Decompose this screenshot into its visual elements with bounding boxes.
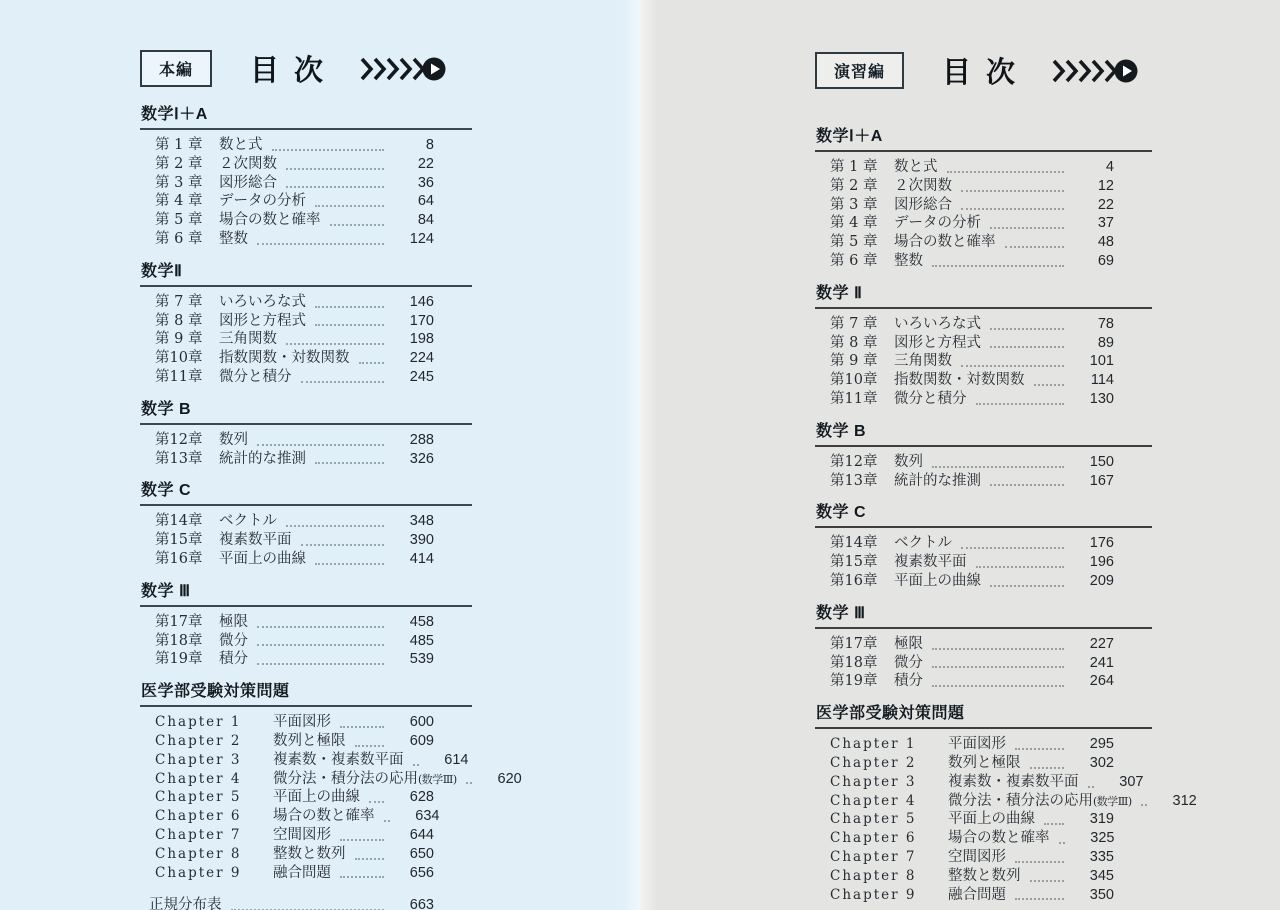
dot-leader (961, 177, 1064, 192)
chapter-label: 第17章 (155, 613, 219, 632)
toc-row: 第 7 章いろいろな式146 (140, 293, 472, 312)
dot-leader (947, 158, 1065, 173)
page-number: 614 (425, 751, 469, 770)
dot-leader (301, 531, 385, 546)
chapter-label: 第 2 章 (830, 177, 894, 196)
chapter-label: 第 1 章 (830, 158, 894, 177)
page-number: 146 (390, 293, 434, 312)
chapter-title: 統計的な推測 (894, 472, 990, 491)
chapter-title: 場合の数と確率 (948, 829, 1059, 848)
toc-row: Chapter 6場合の数と確率325 (815, 829, 1152, 848)
dot-leader (231, 896, 385, 910)
page-number: 390 (390, 531, 434, 550)
chapter-title: 場合の数と確率 (894, 233, 1005, 252)
chapter-title: 複素数平面 (219, 531, 301, 550)
chapter-title: 融合問題 (948, 886, 1015, 905)
dot-leader (315, 293, 384, 308)
dot-leader (961, 534, 1064, 549)
dot-leader (286, 155, 384, 170)
chapter-label: 第19章 (155, 650, 219, 669)
page-number: 224 (390, 349, 434, 368)
chapter-label: 第 7 章 (830, 315, 894, 334)
chapter-label: 第10章 (830, 371, 894, 390)
dot-leader (315, 192, 384, 207)
page-title: 目次 (942, 50, 1030, 91)
page-number: 36 (390, 174, 434, 193)
chapter-label: 第 7 章 (155, 293, 219, 312)
page-number: 288 (390, 431, 434, 450)
chapter-title: 空間図形 (273, 826, 340, 845)
chapter-title: 微分と積分 (219, 368, 301, 387)
chapter-label: Chapter 7 (155, 826, 273, 845)
chapter-title: 微分と積分 (894, 390, 976, 409)
page-number: 628 (390, 788, 434, 807)
chapter-title: 複素数・複素数平面 (948, 773, 1088, 792)
chapter-label: 第 4 章 (155, 192, 219, 211)
left-page-main-edition: 本編 目次 数学Ⅰ＋A第 1 章数と式8第 2 章２次関数22第 3 章図形総合… (0, 0, 640, 910)
dot-leader (1088, 773, 1094, 788)
page-number: 650 (390, 845, 434, 864)
page-number: 312 (1153, 792, 1197, 811)
toc-row: 第 6 章整数69 (815, 252, 1152, 271)
toc-section: 数学Ⅰ＋A第 1 章数と式8第 2 章２次関数22第 3 章図形総合36第 4 … (140, 101, 472, 249)
right-page-content: 演習編 目次 数学Ⅰ＋A第 1 章数と式4第 2 章２次関数12第 3 章図形総… (815, 50, 1152, 910)
toc-row: 第15章複素数平面196 (815, 553, 1152, 572)
toc-row: 第 8 章図形と方程式89 (815, 334, 1152, 353)
dot-leader (961, 196, 1064, 211)
chapter-title: 極限 (894, 635, 932, 654)
page-number: 319 (1070, 810, 1114, 829)
chapter-title: 数列と極限 (948, 754, 1030, 773)
chapter-label: Chapter 5 (155, 788, 273, 807)
toc-row: Chapter 9融合問題350 (815, 886, 1152, 905)
dot-leader (355, 845, 385, 860)
chapter-title: 数列と極限 (273, 732, 355, 751)
chapter-label: 第18章 (830, 654, 894, 673)
chapter-label: Chapter 1 (155, 713, 273, 732)
page-number: 22 (1070, 196, 1114, 215)
chapter-label: 第11章 (830, 390, 894, 409)
toc-section: 数学 Ⅲ第17章極限458第18章微分485第19章積分539 (140, 578, 472, 669)
chapter-title: 図形総合 (219, 174, 286, 193)
chapter-label: 第18章 (155, 632, 219, 651)
toc-row: 第 9 章三角関数198 (140, 330, 472, 349)
page-number: 302 (1070, 754, 1114, 773)
page-number: 663 (390, 896, 434, 910)
chapter-title: 指数関数・対数関数 (219, 349, 359, 368)
page-number: 114 (1070, 371, 1114, 390)
page-number: 150 (1070, 453, 1114, 472)
dot-leader (976, 390, 1065, 405)
page-number: 539 (390, 650, 434, 669)
chapter-label: Chapter 3 (155, 751, 273, 770)
toc-row: Chapter 3複素数・複素数平面614 (140, 751, 472, 770)
section-heading: 数学 C (140, 477, 472, 506)
toc-row: 第13章統計的な推測167 (815, 472, 1152, 491)
book-spread: { "icons": { "header_arrow": "fast-forwa… (0, 0, 1280, 910)
page-number: 345 (1070, 867, 1114, 886)
chapter-title: 複素数平面 (894, 553, 976, 572)
toc-row: Chapter 7空間図形335 (815, 848, 1152, 867)
toc-row: 第12章数列150 (815, 453, 1152, 472)
chapter-label: 第 8 章 (830, 334, 894, 353)
right-page-exercise-edition: 演習編 目次 数学Ⅰ＋A第 1 章数と式4第 2 章２次関数12第 3 章図形総… (640, 0, 1280, 910)
chapter-title: 平面図形 (273, 713, 340, 732)
toc-row: 第 1 章数と式4 (815, 158, 1152, 177)
chapter-label: 第14章 (830, 534, 894, 553)
chapter-title: 正規分布表 (149, 896, 231, 910)
dot-leader (272, 136, 385, 151)
page-number: 485 (390, 632, 434, 651)
chapter-title: 積分 (894, 672, 932, 691)
toc-row: 第16章平面上の曲線209 (815, 572, 1152, 591)
toc-row: Chapter 7空間図形644 (140, 826, 472, 845)
chapter-label: 第13章 (830, 472, 894, 491)
chapter-title: 平面図形 (948, 735, 1015, 754)
dot-leader (340, 826, 384, 841)
toc-row: 第12章数列288 (140, 431, 472, 450)
toc-row: 第 4 章データの分析64 (140, 192, 472, 211)
dot-leader (315, 450, 384, 465)
toc-row: 第 9 章三角関数101 (815, 352, 1152, 371)
toc-row: 第17章極限227 (815, 635, 1152, 654)
chapter-label: Chapter 4 (830, 792, 948, 811)
edition-badge: 演習編 (815, 52, 904, 89)
page-number: 307 (1100, 773, 1144, 792)
toc-row: 第19章積分539 (140, 650, 472, 669)
page-number: 196 (1070, 553, 1114, 572)
toc-row: Chapter 8整数と数列650 (140, 845, 472, 864)
chapter-label: 第12章 (155, 431, 219, 450)
chapter-label: Chapter 3 (830, 773, 948, 792)
page-number: 78 (1070, 315, 1114, 334)
section-heading: 数学Ⅰ＋A (140, 101, 472, 130)
toc-row: Chapter 5平面上の曲線628 (140, 788, 472, 807)
page-number: 130 (1070, 390, 1114, 409)
page-number: 69 (1070, 252, 1114, 271)
chapter-title: 微分 (894, 654, 932, 673)
chapter-label: 第13章 (155, 450, 219, 469)
page-number: 634 (396, 807, 440, 826)
toc-row: Chapter 2数列と極限302 (815, 754, 1152, 773)
dot-leader (932, 453, 1064, 468)
page-number: 64 (390, 192, 434, 211)
chapter-label: 第11章 (155, 368, 219, 387)
page-number: 198 (390, 330, 434, 349)
chapter-label: 第14章 (155, 512, 219, 531)
sections: 数学Ⅰ＋A第 1 章数と式8第 2 章２次関数22第 3 章図形総合36第 4 … (140, 101, 472, 910)
chapter-title: 整数と数列 (948, 867, 1030, 886)
section-heading: 数学Ⅱ (140, 258, 472, 287)
toc-section: 数学Ⅱ第 7 章いろいろな式146第 8 章図形と方程式170第 9 章三角関数… (140, 258, 472, 387)
dot-leader (257, 230, 384, 245)
chapter-title: 数列 (219, 431, 257, 450)
chapter-label: Chapter 4 (155, 770, 273, 789)
chapter-label: 第16章 (155, 550, 219, 569)
toc-row: Chapter 4微分法・積分法の応用(数学Ⅲ)312 (815, 792, 1152, 811)
chapter-label: 第 4 章 (830, 214, 894, 233)
dot-leader (990, 572, 1064, 587)
chapter-label: 第 9 章 (830, 352, 894, 371)
chapter-title: 積分 (219, 650, 257, 669)
chapter-label: 第12章 (830, 453, 894, 472)
chapter-label: 第17章 (830, 635, 894, 654)
toc-row: Chapter 8整数と数列345 (815, 867, 1152, 886)
chapter-label: Chapter 7 (830, 848, 948, 867)
dot-leader (355, 732, 385, 747)
chapter-title: 微分 (219, 632, 257, 651)
toc-row: 第 1 章数と式8 (140, 136, 472, 155)
chapter-label: Chapter 8 (830, 867, 948, 886)
chapter-title: データの分析 (894, 214, 990, 233)
section-heading: 数学Ⅰ＋A (815, 123, 1152, 152)
chapter-label: 第 3 章 (155, 174, 219, 193)
chapter-label: 第 8 章 (155, 312, 219, 331)
toc-row: Chapter 3複素数・複素数平面307 (815, 773, 1152, 792)
chapter-label: 第15章 (830, 553, 894, 572)
chapter-title: 微分法・積分法の応用(数学Ⅲ) (948, 792, 1141, 811)
toc-row: Chapter 1平面図形295 (815, 735, 1152, 754)
chapter-title: いろいろな式 (219, 293, 315, 312)
toc-section: 数学Ⅰ＋A第 1 章数と式4第 2 章２次関数12第 3 章図形総合22第 4 … (815, 123, 1152, 271)
toc-row: 第 5 章場合の数と確率48 (815, 233, 1152, 252)
dot-leader (1015, 848, 1064, 863)
toc-section: 数学 Ⅱ第 7 章いろいろな式78第 8 章図形と方程式89第 9 章三角関数1… (815, 280, 1152, 409)
toc-row: 第 3 章図形総合22 (815, 196, 1152, 215)
chapter-title: 複素数・複素数平面 (273, 751, 413, 770)
chapter-title: 数と式 (894, 158, 947, 177)
chapter-title: いろいろな式 (894, 315, 990, 334)
dot-leader (330, 211, 385, 226)
toc-header: 演習編 目次 (815, 50, 1152, 91)
chapter-title: 平面上の曲線 (948, 810, 1044, 829)
chapter-title: ２次関数 (894, 177, 961, 196)
dot-leader (340, 713, 384, 728)
section-heading: 数学 C (815, 499, 1152, 528)
chapter-title: 整数 (894, 252, 932, 271)
page-number: 609 (390, 732, 434, 751)
toc-row: 第 3 章図形総合36 (140, 174, 472, 193)
page-number: 620 (478, 770, 522, 789)
chapter-title: 数列 (894, 453, 932, 472)
chapter-label: 第 6 章 (830, 252, 894, 271)
fast-forward-play-icon (360, 56, 446, 82)
chapter-label: Chapter 2 (155, 732, 273, 751)
section-heading: 数学 Ⅲ (815, 600, 1152, 629)
dot-leader (257, 632, 384, 647)
chapter-title-note: (数学Ⅲ) (1093, 795, 1132, 808)
dot-leader (932, 654, 1064, 669)
dot-leader (1044, 810, 1064, 825)
toc-section: 医学部受験対策問題Chapter 1平面図形295Chapter 2数列と極限3… (815, 700, 1152, 904)
chapter-title: 整数と数列 (273, 845, 355, 864)
toc-section: 数学 C第14章ベクトル348第15章複素数平面390第16章平面上の曲線414 (140, 477, 472, 568)
toc-row: 第 8 章図形と方程式170 (140, 312, 472, 331)
toc-row: Chapter 5平面上の曲線319 (815, 810, 1152, 829)
toc-row: 第18章微分485 (140, 632, 472, 651)
toc-row: Chapter 9融合問題656 (140, 864, 472, 883)
dot-leader (315, 550, 384, 565)
chapter-label: 第 9 章 (155, 330, 219, 349)
chapter-label: 第 6 章 (155, 230, 219, 249)
toc-row: 第 7 章いろいろな式78 (815, 315, 1152, 334)
dot-leader (359, 349, 385, 364)
toc-row: 第16章平面上の曲線414 (140, 550, 472, 569)
dot-leader (257, 431, 384, 446)
chapter-label: Chapter 1 (830, 735, 948, 754)
chapter-title: 三角関数 (219, 330, 286, 349)
chapter-label: Chapter 9 (830, 886, 948, 905)
toc-row: 第19章積分264 (815, 672, 1152, 691)
chapter-title: 場合の数と確率 (273, 807, 384, 826)
page-number: 4 (1070, 158, 1114, 177)
toc-row: Chapter 4微分法・積分法の応用(数学Ⅲ)620 (140, 770, 472, 789)
toc-row: 第11章微分と積分130 (815, 390, 1152, 409)
page-number: 264 (1070, 672, 1114, 691)
dot-leader (369, 788, 384, 803)
page-number: 22 (390, 155, 434, 174)
dot-leader (1141, 792, 1147, 807)
toc-row: 第17章極限458 (140, 613, 472, 632)
chapter-title: 三角関数 (894, 352, 961, 371)
page-number: 227 (1070, 635, 1114, 654)
chapter-label: 第 2 章 (155, 155, 219, 174)
chapter-label: Chapter 6 (155, 807, 273, 826)
toc-row: 第15章複素数平面390 (140, 531, 472, 550)
page-number: 350 (1070, 886, 1114, 905)
page-number: 101 (1070, 352, 1114, 371)
section-heading: 数学 B (140, 396, 472, 425)
dot-leader (1034, 371, 1065, 386)
chapter-title: 微分法・積分法の応用(数学Ⅲ) (273, 770, 466, 789)
dot-leader (413, 751, 419, 766)
chapter-title: 極限 (219, 613, 257, 632)
page-number: 245 (390, 368, 434, 387)
page-number: 458 (390, 613, 434, 632)
dot-leader (301, 368, 385, 383)
toc-row: 第11章微分と積分245 (140, 368, 472, 387)
section-heading: 医学部受験対策問題 (815, 700, 1152, 729)
dot-leader (990, 472, 1064, 487)
dot-leader (1005, 233, 1065, 248)
chapter-label: Chapter 8 (155, 845, 273, 864)
chapter-title: ２次関数 (219, 155, 286, 174)
section-heading: 数学 B (815, 418, 1152, 447)
page-number: 124 (390, 230, 434, 249)
chapter-label: 第15章 (155, 531, 219, 550)
page-number: 89 (1070, 334, 1114, 353)
toc-section: 医学部受験対策問題Chapter 1平面図形600Chapter 2数列と極限6… (140, 678, 472, 882)
page-number: 241 (1070, 654, 1114, 673)
chapter-title: データの分析 (219, 192, 315, 211)
chapter-label: 第 1 章 (155, 136, 219, 155)
page-number: 295 (1070, 735, 1114, 754)
dot-leader (1015, 735, 1064, 750)
page-number: 414 (390, 550, 434, 569)
dot-leader (961, 352, 1064, 367)
page-number: 325 (1071, 829, 1115, 848)
toc-row: 第14章ベクトル348 (140, 512, 472, 531)
dot-leader (384, 807, 390, 822)
page-number: 600 (390, 713, 434, 732)
dot-leader (976, 553, 1065, 568)
chapter-title: 図形総合 (894, 196, 961, 215)
chapter-title: 整数 (219, 230, 257, 249)
chapter-title: ベクトル (219, 512, 286, 531)
toc-row: 第 4 章データの分析37 (815, 214, 1152, 233)
chapter-title: 図形と方程式 (219, 312, 315, 331)
toc-row: 第 2 章２次関数12 (815, 177, 1152, 196)
chapter-label: Chapter 2 (830, 754, 948, 773)
chapter-label: 第16章 (830, 572, 894, 591)
dot-leader (1030, 867, 1065, 882)
page-number: 170 (390, 312, 434, 331)
chapter-title: 空間図形 (948, 848, 1015, 867)
toc-section: 数学 C第14章ベクトル176第15章複素数平面196第16章平面上の曲線209 (815, 499, 1152, 590)
chapter-title: 平面上の曲線 (894, 572, 990, 591)
chapter-title: 平面上の曲線 (219, 550, 315, 569)
page-number: 335 (1070, 848, 1114, 867)
chapter-label: Chapter 9 (155, 864, 273, 883)
page-number: 176 (1070, 534, 1114, 553)
chapter-title: 平面上の曲線 (273, 788, 369, 807)
dot-leader (315, 312, 384, 327)
page-number: 37 (1070, 214, 1114, 233)
dot-leader (990, 334, 1064, 349)
chapter-title: 融合問題 (273, 864, 340, 883)
chapter-label: Chapter 6 (830, 829, 948, 848)
left-page-content: 本編 目次 数学Ⅰ＋A第 1 章数と式8第 2 章２次関数22第 3 章図形総合… (140, 48, 472, 910)
dot-leader (1059, 829, 1065, 844)
toc-row: Chapter 6場合の数と確率634 (140, 807, 472, 826)
page-number: 8 (390, 136, 434, 155)
page-number: 48 (1070, 233, 1114, 252)
toc-row: 第10章指数関数・対数関数224 (140, 349, 472, 368)
chapter-title: 数と式 (219, 136, 272, 155)
chapter-label: 第 5 章 (155, 211, 219, 230)
toc-row: 第13章統計的な推測326 (140, 450, 472, 469)
toc-row: 第10章指数関数・対数関数114 (815, 371, 1152, 390)
chapter-title: 場合の数と確率 (219, 211, 330, 230)
normal-distribution-table-row: 正規分布表663 (140, 896, 472, 910)
dot-leader (1030, 754, 1065, 769)
dot-leader (340, 864, 384, 879)
page-number: 12 (1070, 177, 1114, 196)
dot-leader (257, 650, 384, 665)
section-heading: 数学 Ⅱ (815, 280, 1152, 309)
chapter-title: ベクトル (894, 534, 961, 553)
section-heading: 数学 Ⅲ (140, 578, 472, 607)
page-number: 656 (390, 864, 434, 883)
toc-row: 第 2 章２次関数22 (140, 155, 472, 174)
toc-header: 本編 目次 (140, 48, 472, 89)
chapter-title: 指数関数・対数関数 (894, 371, 1034, 390)
page-number: 167 (1070, 472, 1114, 491)
chapter-title: 統計的な推測 (219, 450, 315, 469)
page-number: 209 (1070, 572, 1114, 591)
dot-leader (990, 315, 1064, 330)
chapter-label: 第 3 章 (830, 196, 894, 215)
sections: 数学Ⅰ＋A第 1 章数と式4第 2 章２次関数12第 3 章図形総合22第 4 … (815, 123, 1152, 904)
page-title: 目次 (250, 48, 338, 89)
dot-leader (286, 330, 384, 345)
dot-leader (932, 252, 1064, 267)
chapter-label: Chapter 5 (830, 810, 948, 829)
toc-row: 第 6 章整数124 (140, 230, 472, 249)
dot-leader (990, 214, 1064, 229)
page-number: 348 (390, 512, 434, 531)
toc-section: 数学 B第12章数列288第13章統計的な推測326 (140, 396, 472, 469)
